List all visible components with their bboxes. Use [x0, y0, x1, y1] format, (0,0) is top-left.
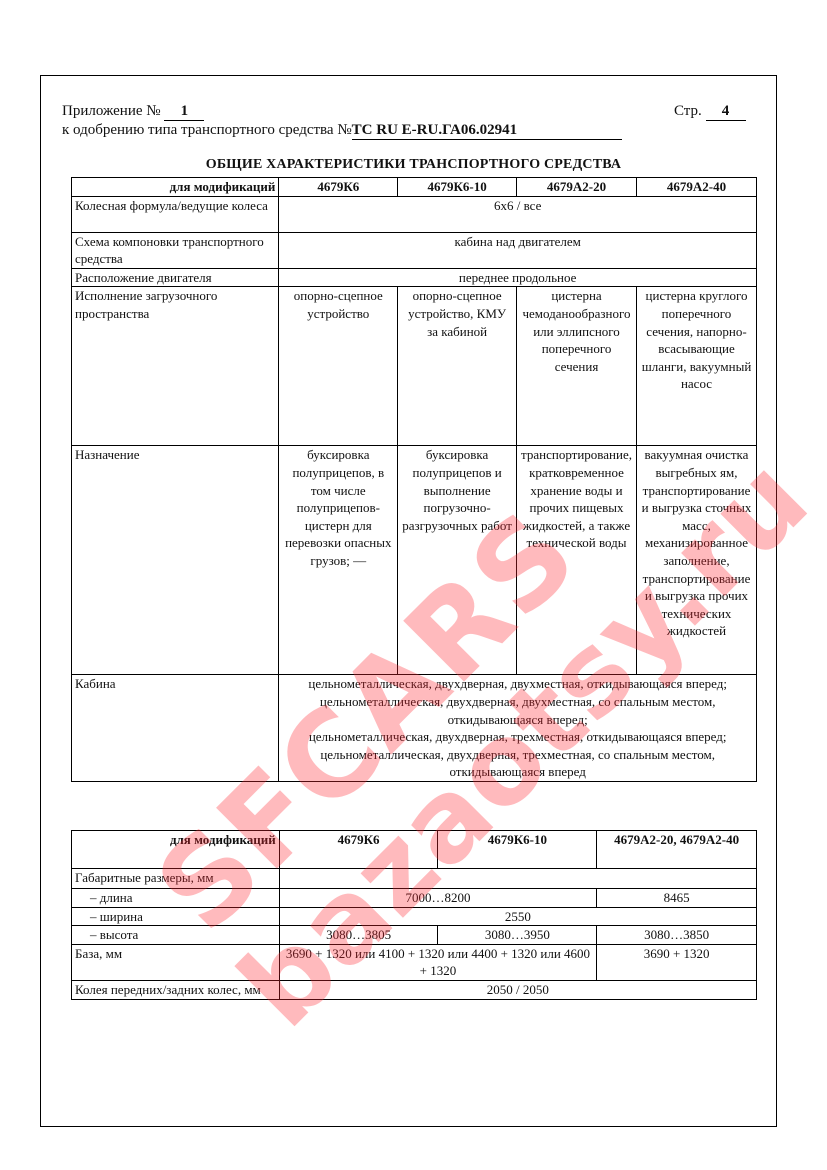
row-value: 3080…3950 [438, 926, 597, 945]
row-value: цистерна круглого поперечного сечения, н… [637, 287, 757, 446]
page-label: Стр. [674, 103, 702, 119]
approval-number: ТС RU E-RU.ГА06.02941 [352, 121, 622, 140]
table-row: – ширина 2550 [72, 907, 757, 926]
row-label: – высота [72, 926, 280, 945]
table-row: – длина 7000…8200 8465 [72, 889, 757, 908]
row-value: опорно-сцепное устройство, КМУ за кабино… [398, 287, 517, 446]
dimensions-table: для модификаций 4679К6 4679К6-10 4679А2-… [71, 830, 757, 1000]
table-row: – высота 3080…3805 3080…3950 3080…3850 [72, 926, 757, 945]
row-value: кабина над двигателем [279, 232, 757, 268]
row-label: Колея передних/задних колес, мм [72, 980, 280, 999]
row-value: цистерна чемоданообразного или эллипсног… [517, 287, 637, 446]
row-value: 7000…8200 [279, 889, 597, 908]
model-header: 4679А2-40 [637, 178, 757, 197]
row-value: 3080…3850 [597, 926, 757, 945]
row-label: Схема компоновки транспортного средства [72, 232, 279, 268]
row-value: транспортирование, кратковременное хране… [517, 446, 637, 675]
cabin-option: цельнометаллическая, двухдверная, двухме… [282, 675, 753, 693]
cabin-option: цельнометаллическая, двухдверная, трехме… [282, 746, 753, 781]
row-label: Назначение [72, 446, 279, 675]
table-header-row: для модификаций 4679К6 4679К6-10 4679А2-… [72, 178, 757, 197]
row-value: вакуумная очистка выгребных ям, транспор… [637, 446, 757, 675]
table-header-row: для модификаций 4679К6 4679К6-10 4679А2-… [72, 831, 757, 869]
model-header: 4679К6 [279, 831, 438, 869]
approval-label: к одобрению типа транспортного средства … [62, 122, 352, 138]
row-value: 3690 + 1320 или 4100 + 1320 или 4400 + 1… [279, 944, 597, 980]
row-value: буксировка полуприцепов и выполнение пог… [398, 446, 517, 675]
row-value: опорно-сцепное устройство [279, 287, 398, 446]
page-line: Стр. 4 [674, 102, 746, 121]
model-header: 4679К6-10 [398, 178, 517, 197]
table-row: Расположение двигателя переднее продольн… [72, 268, 757, 287]
table-row: Габаритные размеры, мм [72, 869, 757, 889]
document-title: ОБЩИЕ ХАРАКТЕРИСТИКИ ТРАНСПОРТНОГО СРЕДС… [70, 157, 757, 173]
row-label: Расположение двигателя [72, 268, 279, 287]
table-row: Колея передних/задних колес, мм 2050 / 2… [72, 980, 757, 999]
row-label: – ширина [72, 907, 280, 926]
model-header: 4679К6 [279, 178, 398, 197]
cabin-options: цельнометаллическая, двухдверная, двухме… [279, 675, 757, 782]
row-value-empty [279, 869, 756, 889]
modifications-label: для модификаций [72, 178, 279, 197]
row-label: – длина [72, 889, 280, 908]
cabin-option: цельнометаллическая, двухдверная, трехме… [282, 728, 753, 746]
row-value: буксировка полуприцепов, в том числе пол… [279, 446, 398, 675]
row-value: переднее продольное [279, 268, 757, 287]
characteristics-table: для модификаций 4679К6 4679К6-10 4679А2-… [71, 177, 757, 782]
table-row: Назначение буксировка полуприцепов, в то… [72, 446, 757, 675]
model-header: 4679А2-20 [517, 178, 637, 197]
annex-number: 1 [164, 102, 204, 121]
model-header: 4679К6-10 [438, 831, 597, 869]
modifications-label: для модификаций [72, 831, 280, 869]
row-value: 3080…3805 [279, 926, 438, 945]
approval-line: к одобрению типа транспортного средства … [62, 121, 622, 140]
page-number: 4 [706, 102, 746, 121]
row-value: 2050 / 2050 [279, 980, 756, 999]
table-row: Исполнение загрузочного пространства опо… [72, 287, 757, 446]
annex-label: Приложение № [62, 103, 161, 119]
annex-line: Приложение № 1 [62, 102, 204, 121]
table-row: База, мм 3690 + 1320 или 4100 + 1320 или… [72, 944, 757, 980]
model-header: 4679А2-20, 4679А2-40 [597, 831, 757, 869]
cabin-option: цельнометаллическая, двухдверная, двухме… [282, 693, 753, 728]
row-label: Колесная формула/ведущие колеса [72, 196, 279, 232]
row-label: Исполнение загрузочного пространства [72, 287, 279, 446]
table-row: Схема компоновки транспортного средства … [72, 232, 757, 268]
row-value: 3690 + 1320 [597, 944, 757, 980]
table-row: Колесная формула/ведущие колеса 6х6 / вс… [72, 196, 757, 232]
table-row: Кабина цельнометаллическая, двухдверная,… [72, 675, 757, 782]
row-value: 8465 [597, 889, 757, 908]
row-label: Кабина [72, 675, 279, 782]
row-value: 6х6 / все [279, 196, 757, 232]
row-label: Габаритные размеры, мм [72, 869, 280, 889]
row-label: База, мм [72, 944, 280, 980]
row-value: 2550 [279, 907, 756, 926]
